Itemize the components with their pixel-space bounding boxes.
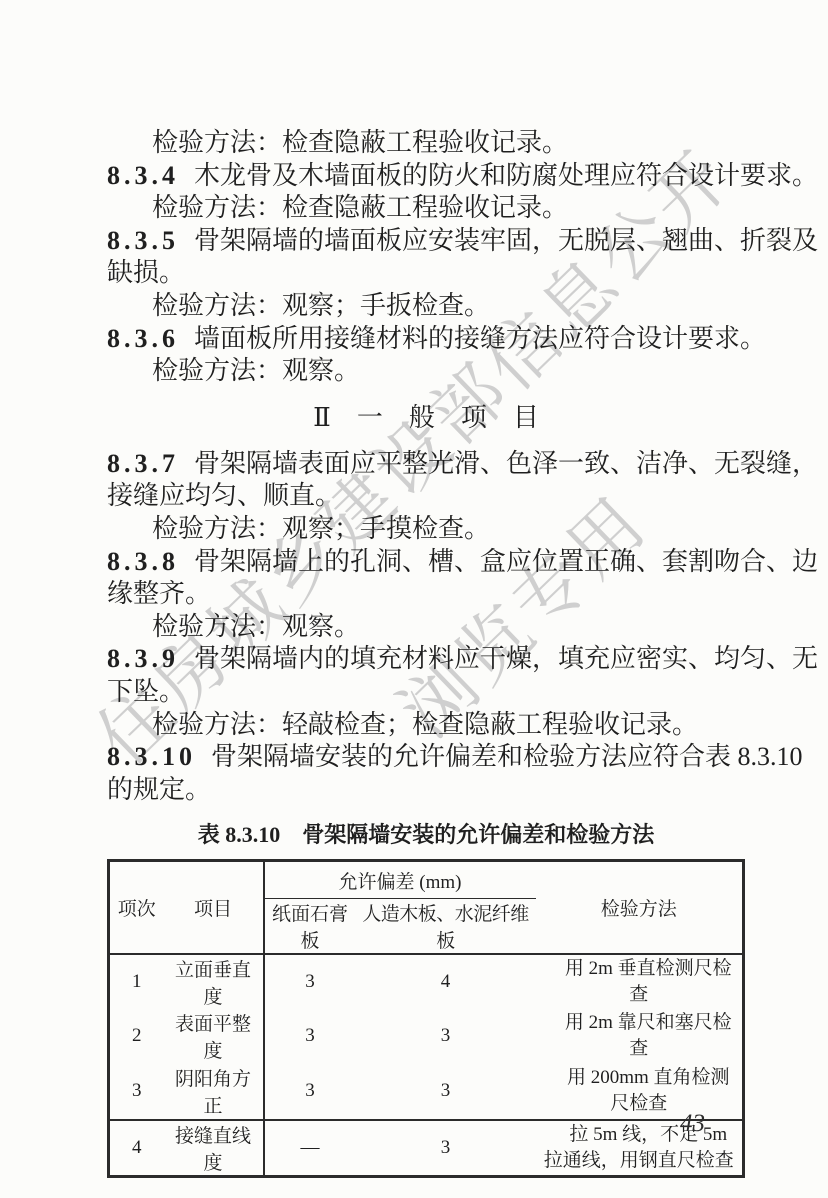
clause-number: 8.3.4 bbox=[107, 161, 179, 190]
table-title: 表 8.3.10 骨架隔墙安装的允许偏差和检验方法 bbox=[107, 820, 745, 850]
table-header-item-no: 项次 bbox=[109, 861, 164, 955]
cell-wood: 4 bbox=[356, 954, 536, 1009]
clause-number: 8.3.9 bbox=[107, 644, 179, 673]
cell-wood: 3 bbox=[356, 1120, 536, 1177]
clause-text: 骨架隔墙的墙面板应安装牢固，无脱层、翘曲、折裂及 bbox=[194, 226, 818, 255]
clause-text: 骨架隔墙表面应平整光滑、色泽一致、洁净、无裂缝， bbox=[194, 449, 818, 478]
continuation-line: 接缝应均匀、顺直。 bbox=[107, 480, 745, 513]
clause-text: 骨架隔墙内的填充材料应干燥，填充应密实、均匀、无 bbox=[194, 644, 818, 673]
table-subheader-gypsum-board: 纸面石膏板 bbox=[264, 899, 356, 955]
cell-item: 立面垂直度 bbox=[164, 954, 264, 1009]
cell-item: 表面平整度 bbox=[164, 1009, 264, 1063]
body-text: 检验方法：检查隐蔽工程验收记录。8.3.4木龙骨及木墙面板的防火和防腐处理应符合… bbox=[107, 127, 745, 1178]
table-row: 2表面平整度33用 2m 靠尺和塞尺检查 bbox=[109, 1009, 744, 1063]
cell-gypsum: 3 bbox=[264, 1009, 356, 1063]
clause-line: 8.3.6墙面板所用接缝材料的接缝方法应符合设计要求。 bbox=[107, 323, 745, 356]
table-header-item: 项目 bbox=[164, 861, 264, 955]
cell-method: 用 2m 靠尺和塞尺检查 bbox=[536, 1009, 744, 1063]
cell-wood: 3 bbox=[356, 1009, 536, 1063]
table-header-deviation-group: 允许偏差 (mm) bbox=[264, 861, 536, 899]
continuation-line: 缘整齐。 bbox=[107, 578, 745, 611]
cell-item: 阴阳角方正 bbox=[164, 1063, 264, 1120]
continuation-line: 的规定。 bbox=[107, 774, 745, 807]
cell-gypsum: 3 bbox=[264, 1063, 356, 1120]
cell-method: 拉 5m 线，不足 5m 拉通线，用钢直尺检查 bbox=[536, 1120, 744, 1177]
clause-number: 8.3.5 bbox=[107, 226, 179, 255]
cell-item-no: 3 bbox=[109, 1063, 164, 1120]
table-header-method: 检验方法 bbox=[536, 861, 744, 955]
clause-line: 8.3.9骨架隔墙内的填充材料应干燥，填充应密实、均匀、无 bbox=[107, 643, 745, 676]
method-line: 检验方法：观察；手扳检查。 bbox=[107, 290, 745, 323]
cell-wood: 3 bbox=[356, 1063, 536, 1120]
table-row: 3阴阳角方正33用 200mm 直角检测尺检查 bbox=[109, 1063, 744, 1120]
clause-text: 木龙骨及木墙面板的防火和防腐处理应符合设计要求。 bbox=[194, 161, 818, 190]
clause-number: 8.3.10 bbox=[107, 742, 196, 771]
clause-text: 骨架隔墙安装的允许偏差和检验方法应符合表 8.3.10 bbox=[211, 742, 803, 771]
cell-item: 接缝直线度 bbox=[164, 1120, 264, 1177]
table-subheader-wood-cement-board: 人造木板、水泥纤维板 bbox=[356, 899, 536, 955]
table-row: 4接缝直线度—3拉 5m 线，不足 5m 拉通线，用钢直尺检查 bbox=[109, 1120, 744, 1177]
clause-lines: 检验方法：检查隐蔽工程验收记录。8.3.4木龙骨及木墙面板的防火和防腐处理应符合… bbox=[107, 127, 745, 806]
cell-gypsum: 3 bbox=[264, 954, 356, 1009]
clause-text: 骨架隔墙上的孔洞、槽、盒应位置正确、套割吻合、边 bbox=[194, 547, 818, 576]
method-line: 检验方法：轻敲检查；检查隐蔽工程验收记录。 bbox=[107, 709, 745, 742]
cell-item-no: 1 bbox=[109, 954, 164, 1009]
cell-gypsum: — bbox=[264, 1120, 356, 1177]
method-line: 检验方法：观察。 bbox=[107, 611, 745, 644]
clause-number: 8.3.6 bbox=[107, 324, 179, 353]
method-line: 检验方法：检查隐蔽工程验收记录。 bbox=[107, 192, 745, 225]
cell-item-no: 2 bbox=[109, 1009, 164, 1063]
deviation-table: 项次 项目 允许偏差 (mm) 检验方法 纸面石膏板 人造木板、水泥纤维板 1立… bbox=[107, 859, 745, 1178]
clause-number: 8.3.8 bbox=[107, 547, 179, 576]
continuation-line: 缺损。 bbox=[107, 257, 745, 290]
clause-line: 8.3.8骨架隔墙上的孔洞、槽、盒应位置正确、套割吻合、边 bbox=[107, 546, 745, 579]
continuation-line: 下坠。 bbox=[107, 676, 745, 709]
clause-line: 8.3.10骨架隔墙安装的允许偏差和检验方法应符合表 8.3.10 bbox=[107, 741, 745, 774]
method-line: 检验方法：观察。 bbox=[107, 355, 745, 388]
document-page: 住房城乡建设部信息公开 浏览专用 检验方法：检查隐蔽工程验收记录。8.3.4木龙… bbox=[0, 0, 828, 1198]
clause-text: 墙面板所用接缝材料的接缝方法应符合设计要求。 bbox=[194, 324, 766, 353]
cell-item-no: 4 bbox=[109, 1120, 164, 1177]
page-number: 43 bbox=[680, 1110, 705, 1138]
clause-line: 8.3.4木龙骨及木墙面板的防火和防腐处理应符合设计要求。 bbox=[107, 160, 745, 193]
method-line: 检验方法：检查隐蔽工程验收记录。 bbox=[107, 127, 745, 160]
clause-line: 8.3.7骨架隔墙表面应平整光滑、色泽一致、洁净、无裂缝， bbox=[107, 448, 745, 481]
cell-method: 用 2m 垂直检测尺检查 bbox=[536, 954, 744, 1009]
method-line: 检验方法：观察；手摸检查。 bbox=[107, 513, 745, 546]
cell-method: 用 200mm 直角检测尺检查 bbox=[536, 1063, 744, 1120]
clause-line: 8.3.5骨架隔墙的墙面板应安装牢固，无脱层、翘曲、折裂及 bbox=[107, 225, 745, 258]
clause-number: 8.3.7 bbox=[107, 449, 179, 478]
section-heading: Ⅱ 一 般 项 目 bbox=[107, 401, 745, 435]
table-row: 1立面垂直度34用 2m 垂直检测尺检查 bbox=[109, 954, 744, 1009]
